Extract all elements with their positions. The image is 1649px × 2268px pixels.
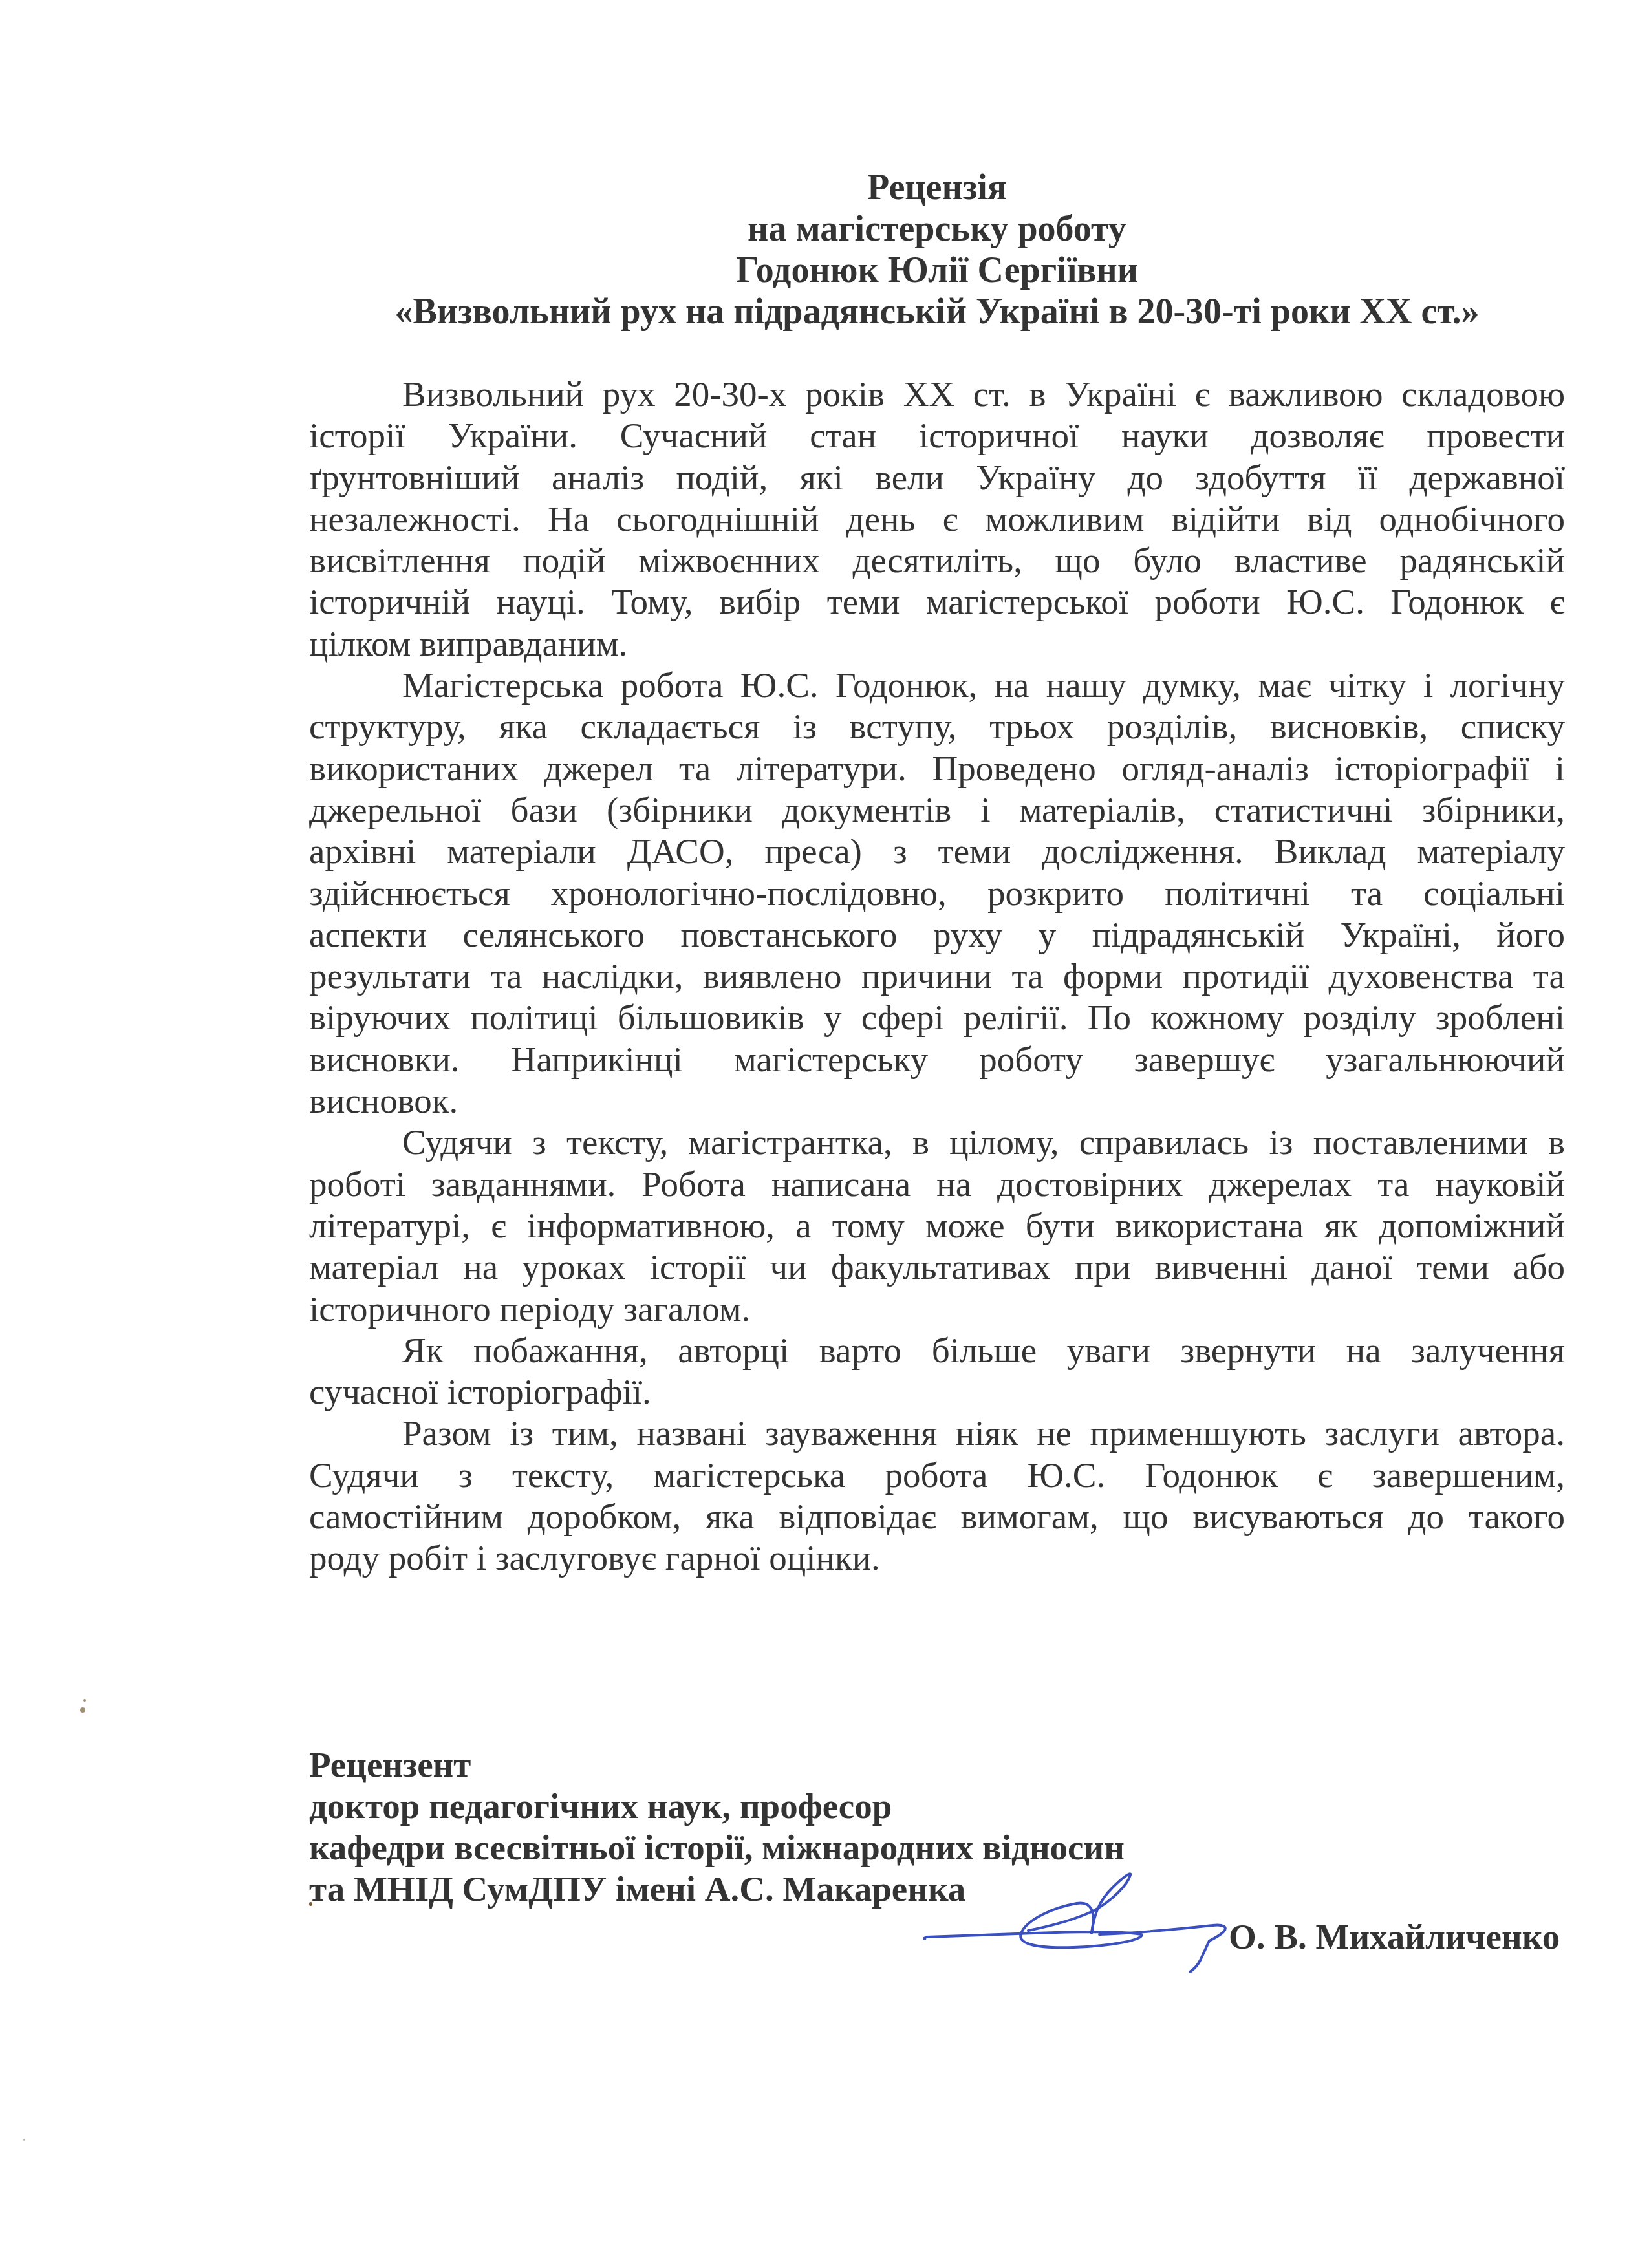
scan-speck — [83, 1699, 86, 1702]
text-line: Судячи з тексту, магістрантка, в цілому,… — [309, 1122, 1565, 1163]
reviewer-degree: доктор педагогічних наук, професор — [309, 1786, 1125, 1827]
text-line: історії України. Сучасний стан історично… — [309, 415, 1565, 456]
text-line: роботі завданнями. Робота написана на до… — [309, 1164, 1565, 1205]
text-line: використаних джерел та літератури. Прове… — [309, 748, 1565, 789]
scan-speck — [23, 2139, 25, 2141]
text-line: Магістерська робота Ю.С. Годонюк, на наш… — [309, 665, 1565, 706]
document-title-block: Рецензія на магістерську роботу Годонюк … — [309, 167, 1565, 332]
scan-speck — [309, 1902, 312, 1906]
text-line: архівні матеріали ДАСО, преса) з теми до… — [309, 831, 1565, 872]
paragraph-4: Як побажання, авторці варто більше уваги… — [309, 1330, 1565, 1413]
text-line: цілком виправданим. — [309, 623, 1565, 665]
student-name: Годонюк Юлії Сергіївни — [309, 250, 1565, 291]
text-line: матеріал на уроках історії чи факультати… — [309, 1246, 1565, 1288]
text-line: Визвольний рух 20-30-х років XX ст. в Ук… — [309, 374, 1565, 415]
scan-speck — [80, 1707, 85, 1713]
paragraph-5: Разом із тим, названі зауваження ніяк не… — [309, 1413, 1565, 1579]
title-subheading: на магістерську роботу — [309, 208, 1565, 250]
reviewer-role: Рецензент — [309, 1744, 1125, 1786]
text-line: роду робіт і заслуговує гарної оцінки. — [309, 1537, 1565, 1579]
text-line: віруючих політиці більшовиків у сфері ре… — [309, 997, 1565, 1038]
text-line: висвітлення подій міжвоєнних десятиліть,… — [309, 540, 1565, 581]
text-line: структуру, яка складається із вступу, тр… — [309, 706, 1565, 747]
thesis-title: «Визвольний рух на підрадянській Україні… — [309, 291, 1565, 332]
text-line: джерельної бази (збірники документів і м… — [309, 789, 1565, 831]
text-line: історичного періоду загалом. — [309, 1289, 1565, 1330]
text-line: літературі, є інформативною, а тому може… — [309, 1205, 1565, 1246]
text-line: історичній науці. Тому, вибір теми магіс… — [309, 581, 1565, 623]
paragraph-3: Судячи з тексту, магістрантка, в цілому,… — [309, 1122, 1565, 1329]
reviewer-name: О. В. Михайличенко — [1229, 1916, 1560, 1958]
text-line: висновок. — [309, 1080, 1565, 1122]
text-line: аспекти селянського повстанського руху у… — [309, 914, 1565, 956]
text-line: Разом із тим, названі зауваження ніяк не… — [309, 1413, 1565, 1454]
text-line: результати та наслідки, виявлено причини… — [309, 956, 1565, 997]
text-line: ґрунтовніший аналіз подій, які вели Укра… — [309, 457, 1565, 498]
document-page: Рецензія на магістерську роботу Годонюк … — [0, 0, 1649, 2268]
text-line: Судячи з тексту, магістерська робота Ю.С… — [309, 1455, 1565, 1496]
paragraph-2: Магістерська робота Ю.С. Годонюк, на наш… — [309, 665, 1565, 1122]
text-line: висновки. Наприкінці магістерську роботу… — [309, 1039, 1565, 1080]
paragraph-1: Визвольний рух 20-30-х років XX ст. в Ук… — [309, 374, 1565, 665]
text-line: незалежності. На сьогоднішній день є мож… — [309, 498, 1565, 540]
review-body: Визвольний рух 20-30-х років XX ст. в Ук… — [309, 374, 1565, 1579]
handwritten-signature-icon — [905, 1849, 1293, 1978]
text-line: здійснюється хронологічно-послідовно, ро… — [309, 873, 1565, 914]
text-line: сучасної історіографії. — [309, 1371, 1565, 1413]
text-line: Як побажання, авторці варто більше уваги… — [309, 1330, 1565, 1371]
title-heading: Рецензія — [309, 167, 1565, 208]
text-line: самостійним доробком, яка відповідає вим… — [309, 1496, 1565, 1537]
